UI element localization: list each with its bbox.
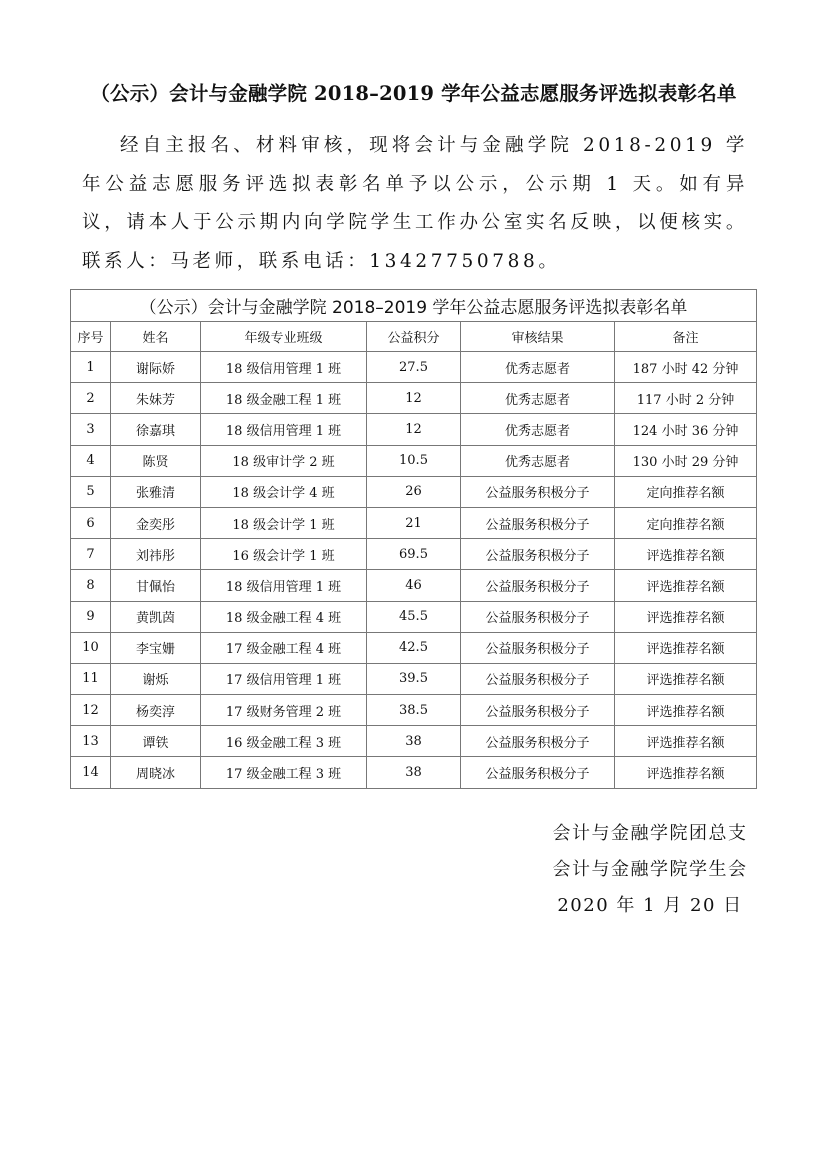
cell-class: 17 级财务管理 2 班 bbox=[201, 695, 367, 726]
cell-result: 公益服务积极分子 bbox=[461, 570, 615, 601]
cell-name: 李宝姗 bbox=[111, 632, 201, 663]
cell-index: 13 bbox=[71, 726, 111, 757]
cell-points: 26 bbox=[367, 476, 461, 507]
column-header-index: 序号 bbox=[71, 322, 111, 352]
column-header-name: 姓名 bbox=[111, 322, 201, 352]
cell-remark: 评选推荐名额 bbox=[615, 632, 757, 663]
table-row: 3徐嘉琪18 级信用管理 1 班12优秀志愿者124 小时 36 分钟 bbox=[71, 414, 757, 445]
table-row: 8甘佩怡18 级信用管理 1 班46公益服务积极分子评选推荐名额 bbox=[71, 570, 757, 601]
cell-class: 17 级金融工程 4 班 bbox=[201, 632, 367, 663]
cell-index: 10 bbox=[71, 632, 111, 663]
cell-remark: 评选推荐名额 bbox=[615, 726, 757, 757]
table-row: 12杨奕淳17 级财务管理 2 班38.5公益服务积极分子评选推荐名额 bbox=[71, 695, 757, 726]
column-header-points: 公益积分 bbox=[367, 322, 461, 352]
cell-points: 10.5 bbox=[367, 445, 461, 476]
cell-name: 谢际娇 bbox=[111, 352, 201, 383]
cell-class: 18 级金融工程 1 班 bbox=[201, 383, 367, 414]
cell-index: 9 bbox=[71, 601, 111, 632]
cell-index: 5 bbox=[71, 476, 111, 507]
signature-date: 2020 年 1 月 20 日 bbox=[520, 888, 780, 924]
cell-index: 3 bbox=[71, 414, 111, 445]
cell-points: 12 bbox=[367, 414, 461, 445]
cell-index: 8 bbox=[71, 570, 111, 601]
cell-class: 17 级信用管理 1 班 bbox=[201, 663, 367, 694]
cell-points: 27.5 bbox=[367, 352, 461, 383]
signature-org-union: 会计与金融学院学生会 bbox=[520, 852, 780, 888]
column-header-remark: 备注 bbox=[615, 322, 757, 352]
cell-index: 14 bbox=[71, 757, 111, 788]
cell-points: 38.5 bbox=[367, 695, 461, 726]
cell-class: 18 级会计学 4 班 bbox=[201, 476, 367, 507]
cell-points: 12 bbox=[367, 383, 461, 414]
table-row: 5张雅清18 级会计学 4 班26公益服务积极分子定向推荐名额 bbox=[71, 476, 757, 507]
cell-index: 11 bbox=[71, 663, 111, 694]
honoree-table: （公示）会计与金融学院 2018–2019 学年公益志愿服务评选拟表彰名单 序号… bbox=[70, 289, 757, 789]
cell-name: 谢烁 bbox=[111, 663, 201, 694]
table-row: 13谭铁16 级金融工程 3 班38公益服务积极分子评选推荐名额 bbox=[71, 726, 757, 757]
cell-points: 38 bbox=[367, 757, 461, 788]
cell-index: 7 bbox=[71, 539, 111, 570]
cell-points: 39.5 bbox=[367, 663, 461, 694]
cell-remark: 187 小时 42 分钟 bbox=[615, 352, 757, 383]
table-row: 10李宝姗17 级金融工程 4 班42.5公益服务积极分子评选推荐名额 bbox=[71, 632, 757, 663]
cell-result: 公益服务积极分子 bbox=[461, 757, 615, 788]
cell-remark: 130 小时 29 分钟 bbox=[615, 445, 757, 476]
cell-class: 18 级信用管理 1 班 bbox=[201, 570, 367, 601]
cell-class: 16 级会计学 1 班 bbox=[201, 539, 367, 570]
cell-result: 公益服务积极分子 bbox=[461, 663, 615, 694]
cell-class: 18 级会计学 1 班 bbox=[201, 507, 367, 538]
cell-class: 17 级金融工程 3 班 bbox=[201, 757, 367, 788]
cell-class: 18 级审计学 2 班 bbox=[201, 445, 367, 476]
cell-remark: 定向推荐名额 bbox=[615, 476, 757, 507]
cell-remark: 评选推荐名额 bbox=[615, 539, 757, 570]
cell-name: 周晓冰 bbox=[111, 757, 201, 788]
cell-remark: 117 小时 2 分钟 bbox=[615, 383, 757, 414]
cell-result: 公益服务积极分子 bbox=[461, 726, 615, 757]
table-row: 6金奕彤18 级会计学 1 班21公益服务积极分子定向推荐名额 bbox=[71, 507, 757, 538]
column-header-class: 年级专业班级 bbox=[201, 322, 367, 352]
cell-index: 4 bbox=[71, 445, 111, 476]
table-title-row: （公示）会计与金融学院 2018–2019 学年公益志愿服务评选拟表彰名单 bbox=[71, 290, 757, 322]
cell-remark: 评选推荐名额 bbox=[615, 601, 757, 632]
cell-name: 刘祎彤 bbox=[111, 539, 201, 570]
cell-class: 16 级金融工程 3 班 bbox=[201, 726, 367, 757]
cell-class: 18 级金融工程 4 班 bbox=[201, 601, 367, 632]
table-row: 2朱妹芳18 级金融工程 1 班12优秀志愿者117 小时 2 分钟 bbox=[71, 383, 757, 414]
cell-result: 公益服务积极分子 bbox=[461, 601, 615, 632]
cell-result: 公益服务积极分子 bbox=[461, 695, 615, 726]
cell-name: 金奕彤 bbox=[111, 507, 201, 538]
cell-name: 徐嘉琪 bbox=[111, 414, 201, 445]
cell-index: 12 bbox=[71, 695, 111, 726]
cell-name: 杨奕淳 bbox=[111, 695, 201, 726]
cell-name: 陈贤 bbox=[111, 445, 201, 476]
cell-remark: 定向推荐名额 bbox=[615, 507, 757, 538]
cell-name: 甘佩怡 bbox=[111, 570, 201, 601]
cell-remark: 评选推荐名额 bbox=[615, 757, 757, 788]
table-row: 1谢际娇18 级信用管理 1 班27.5优秀志愿者187 小时 42 分钟 bbox=[71, 352, 757, 383]
table-row: 14周晓冰17 级金融工程 3 班38公益服务积极分子评选推荐名额 bbox=[71, 757, 757, 788]
column-header-result: 审核结果 bbox=[461, 322, 615, 352]
cell-result: 优秀志愿者 bbox=[461, 445, 615, 476]
cell-name: 谭铁 bbox=[111, 726, 201, 757]
cell-class: 18 级信用管理 1 班 bbox=[201, 414, 367, 445]
table-header-row: 序号 姓名 年级专业班级 公益积分 审核结果 备注 bbox=[71, 322, 757, 352]
cell-remark: 评选推荐名额 bbox=[615, 570, 757, 601]
table-row: 7刘祎彤16 级会计学 1 班69.5公益服务积极分子评选推荐名额 bbox=[71, 539, 757, 570]
cell-result: 公益服务积极分子 bbox=[461, 507, 615, 538]
cell-result: 优秀志愿者 bbox=[461, 414, 615, 445]
cell-points: 21 bbox=[367, 507, 461, 538]
cell-remark: 124 小时 36 分钟 bbox=[615, 414, 757, 445]
cell-remark: 评选推荐名额 bbox=[615, 663, 757, 694]
table-row: 11谢烁17 级信用管理 1 班39.5公益服务积极分子评选推荐名额 bbox=[71, 663, 757, 694]
cell-class: 18 级信用管理 1 班 bbox=[201, 352, 367, 383]
cell-result: 公益服务积极分子 bbox=[461, 539, 615, 570]
cell-name: 黄凯茵 bbox=[111, 601, 201, 632]
cell-result: 公益服务积极分子 bbox=[461, 476, 615, 507]
signature-org-league: 会计与金融学院团总支 bbox=[520, 816, 780, 852]
table-row: 4陈贤18 级审计学 2 班10.5优秀志愿者130 小时 29 分钟 bbox=[71, 445, 757, 476]
cell-points: 69.5 bbox=[367, 539, 461, 570]
intro-paragraph: 经自主报名、材料审核，现将会计与金融学院 2018-2019 学年公益志愿服务评… bbox=[82, 127, 748, 281]
cell-result: 优秀志愿者 bbox=[461, 352, 615, 383]
page-title: （公示）会计与金融学院 2018–2019 学年公益志愿服务评选拟表彰名单 bbox=[0, 78, 827, 106]
cell-result: 优秀志愿者 bbox=[461, 383, 615, 414]
table-title: （公示）会计与金融学院 2018–2019 学年公益志愿服务评选拟表彰名单 bbox=[71, 290, 757, 322]
cell-points: 38 bbox=[367, 726, 461, 757]
table-body: 1谢际娇18 级信用管理 1 班27.5优秀志愿者187 小时 42 分钟2朱妹… bbox=[71, 352, 757, 789]
cell-points: 42.5 bbox=[367, 632, 461, 663]
cell-points: 45.5 bbox=[367, 601, 461, 632]
cell-index: 1 bbox=[71, 352, 111, 383]
cell-index: 2 bbox=[71, 383, 111, 414]
cell-result: 公益服务积极分子 bbox=[461, 632, 615, 663]
cell-points: 46 bbox=[367, 570, 461, 601]
cell-index: 6 bbox=[71, 507, 111, 538]
cell-name: 张雅清 bbox=[111, 476, 201, 507]
cell-remark: 评选推荐名额 bbox=[615, 695, 757, 726]
signature-block: 会计与金融学院团总支 会计与金融学院学生会 2020 年 1 月 20 日 bbox=[520, 816, 780, 924]
cell-name: 朱妹芳 bbox=[111, 383, 201, 414]
table-row: 9黄凯茵18 级金融工程 4 班45.5公益服务积极分子评选推荐名额 bbox=[71, 601, 757, 632]
